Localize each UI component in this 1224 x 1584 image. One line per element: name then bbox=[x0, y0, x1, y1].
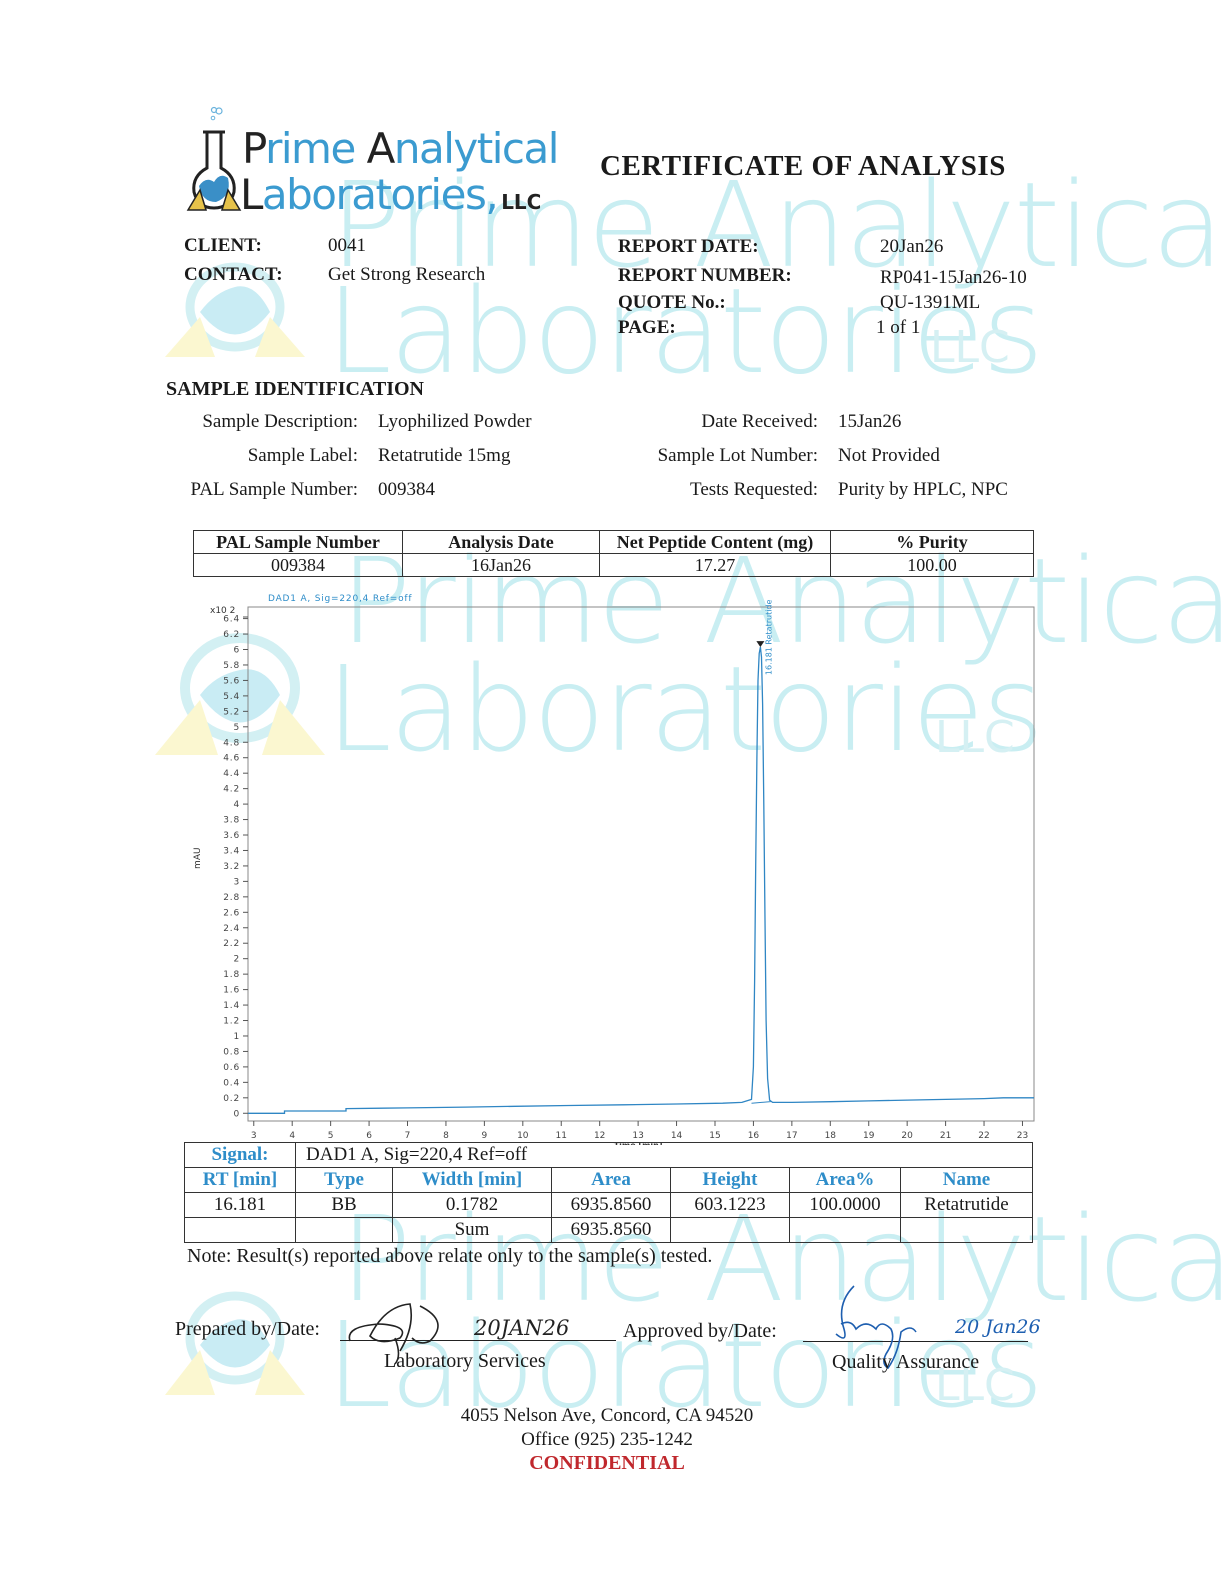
y-tick-label: 0 bbox=[233, 1109, 240, 1119]
phone: Office (925) 235-1242 bbox=[0, 1429, 1214, 1451]
area-percent-cell: 100.0000 bbox=[790, 1193, 901, 1218]
y-tick-label: 6 bbox=[233, 646, 240, 656]
column-header: Height bbox=[671, 1168, 790, 1193]
address: 4055 Nelson Ave, Concord, CA 94520 bbox=[0, 1405, 1214, 1427]
tests-requested-label: Tests Requested: bbox=[690, 479, 818, 501]
height-cell: 603.1223 bbox=[671, 1193, 790, 1218]
peak-marker-icon bbox=[756, 641, 764, 647]
column-header: % Purity bbox=[831, 531, 1034, 554]
y-tick-label: 4.6 bbox=[223, 754, 240, 764]
empty-cell bbox=[901, 1218, 1033, 1243]
column-header: Width [min] bbox=[393, 1168, 552, 1193]
logo-text: nalytical bbox=[394, 124, 558, 173]
logo-letter-a: A bbox=[367, 124, 394, 173]
name-cell: Retatrutide bbox=[901, 1193, 1033, 1218]
x-tick-label: 15 bbox=[709, 1131, 720, 1141]
y-tick-label: 1.6 bbox=[223, 986, 240, 996]
y-tick-label: 1.4 bbox=[223, 1001, 240, 1011]
y-tick-label: 5.8 bbox=[223, 661, 240, 671]
empty-cell bbox=[296, 1218, 393, 1243]
x-tick-label: 3 bbox=[251, 1131, 257, 1141]
watermark-llc: LLC bbox=[930, 322, 1010, 373]
y-tick-label: 3.6 bbox=[223, 831, 240, 841]
y-tick-label: 0.8 bbox=[223, 1047, 240, 1057]
date-received-label: Date Received: bbox=[701, 411, 818, 433]
signal-label: Signal: bbox=[185, 1143, 296, 1168]
client-label: CLIENT: bbox=[184, 235, 262, 257]
table-row: 16.181 BB 0.1782 6935.8560 603.1223 100.… bbox=[185, 1193, 1033, 1218]
x-tick-label: 22 bbox=[978, 1131, 989, 1141]
table-header-row: RT [min] Type Width [min] Area Height Ar… bbox=[185, 1168, 1033, 1193]
x-tick-label: 7 bbox=[405, 1131, 411, 1141]
sum-label: Sum bbox=[393, 1218, 552, 1243]
approved-date: 20 Jan26 bbox=[955, 1316, 1041, 1338]
chart-title: DAD1 A, Sig=220,4 Ref=off bbox=[268, 594, 412, 604]
signal-value: DAD1 A, Sig=220,4 Ref=off bbox=[296, 1143, 1033, 1168]
area-cell: 6935.8560 bbox=[552, 1193, 671, 1218]
rt-cell: 16.181 bbox=[185, 1193, 296, 1218]
y-tick-label: 4.8 bbox=[223, 738, 240, 748]
analysis-date-cell: 16Jan26 bbox=[403, 554, 600, 577]
y-tick-label: 1.2 bbox=[223, 1017, 240, 1027]
y-tick-label: 4 bbox=[233, 800, 240, 810]
y-tick-label: 5.2 bbox=[223, 707, 240, 717]
sum-value: 6935.8560 bbox=[552, 1218, 671, 1243]
empty-cell bbox=[185, 1218, 296, 1243]
y-tick-label: 4.4 bbox=[223, 769, 240, 779]
y-tick-label: 2.2 bbox=[223, 939, 240, 949]
peak-label: 16.181 Retatrutide bbox=[764, 599, 773, 675]
column-header: Type bbox=[296, 1168, 393, 1193]
flask-icon bbox=[186, 106, 242, 216]
page-value: 1 of 1 bbox=[876, 317, 920, 339]
width-cell: 0.1782 bbox=[393, 1193, 552, 1218]
prepared-date: 20JAN26 bbox=[474, 1316, 569, 1340]
y-tick-label: 2.4 bbox=[223, 924, 240, 934]
approved-role: Quality Assurance bbox=[832, 1351, 979, 1374]
date-received-value: 15Jan26 bbox=[838, 411, 901, 433]
sample-label-value: Retatrutide 15mg bbox=[378, 445, 510, 467]
y-tick-label: 0.6 bbox=[223, 1063, 240, 1073]
x-tick-label: 20 bbox=[901, 1131, 913, 1141]
column-header: PAL Sample Number bbox=[194, 531, 403, 554]
watermark-flask-icon bbox=[160, 1290, 310, 1400]
x-tick-label: 5 bbox=[328, 1131, 334, 1141]
logo-llc: LLC bbox=[501, 190, 541, 214]
x-tick-label: 9 bbox=[482, 1131, 488, 1141]
column-header: Net Peptide Content (mg) bbox=[600, 531, 831, 554]
empty-cell bbox=[671, 1218, 790, 1243]
y-tick-label: 3.2 bbox=[223, 862, 240, 872]
chromatogram-trace bbox=[248, 647, 1034, 1113]
x-tick-label: 18 bbox=[825, 1131, 837, 1141]
plot-frame bbox=[248, 607, 1034, 1121]
x-tick-label: 11 bbox=[556, 1131, 567, 1141]
tests-requested-value: Purity by HPLC, NPC bbox=[838, 479, 1008, 501]
column-header: RT [min] bbox=[185, 1168, 296, 1193]
section-heading: SAMPLE IDENTIFICATION bbox=[166, 378, 424, 401]
x-tick-label: 23 bbox=[1017, 1131, 1028, 1141]
y-tick-label: 2 bbox=[233, 955, 240, 965]
sample-label-label: Sample Label: bbox=[248, 445, 358, 467]
y-axis-label: mAU bbox=[193, 847, 203, 869]
logo-text: rime bbox=[265, 124, 367, 173]
x-tick-label: 17 bbox=[786, 1131, 797, 1141]
pal-sample-number-cell: 009384 bbox=[194, 554, 403, 577]
report-date-label: REPORT DATE: bbox=[618, 236, 759, 258]
y-tick-label: 2.8 bbox=[223, 893, 240, 903]
contact-label: CONTACT: bbox=[184, 264, 283, 286]
x-tick-label: 14 bbox=[671, 1131, 683, 1141]
net-peptide-content-cell: 17.27 bbox=[600, 554, 831, 577]
sample-description-label: Sample Description: bbox=[202, 411, 358, 433]
quote-value: QU-1391ML bbox=[880, 292, 980, 314]
x-tick-label: 8 bbox=[443, 1131, 449, 1141]
report-number-value: RP041-15Jan26-10 bbox=[880, 267, 1027, 289]
x-tick-label: 4 bbox=[289, 1131, 295, 1141]
results-summary-table: PAL Sample Number Analysis Date Net Pept… bbox=[193, 530, 1034, 577]
sample-description-value: Lyophilized Powder bbox=[378, 411, 532, 433]
hplc-chromatogram: DAD1 A, Sig=220,4 Ref=offx10 200.20.40.6… bbox=[180, 585, 1050, 1145]
y-tick-label: 3 bbox=[233, 877, 240, 887]
signal-row: Signal: DAD1 A, Sig=220,4 Ref=off bbox=[185, 1143, 1033, 1168]
document-title: CERTIFICATE OF ANALYSIS bbox=[600, 150, 1006, 183]
x-tick-label: 16 bbox=[748, 1131, 760, 1141]
y-tick-label: 0.2 bbox=[223, 1094, 240, 1104]
logo-letter-p: P bbox=[242, 124, 265, 173]
pal-sample-number-label: PAL Sample Number: bbox=[191, 479, 358, 501]
sample-lot-number-value: Not Provided bbox=[838, 445, 940, 467]
contact-value: Get Strong Research bbox=[328, 264, 485, 286]
empty-cell bbox=[790, 1218, 901, 1243]
y-tick-label: 2.6 bbox=[223, 908, 240, 918]
report-date-value: 20Jan26 bbox=[880, 236, 943, 258]
y-tick-label: 3.4 bbox=[223, 846, 240, 856]
client-value: 0041 bbox=[328, 235, 366, 257]
confidential-label: CONFIDENTIAL bbox=[0, 1452, 1214, 1475]
approved-by-label: Approved by/Date: bbox=[623, 1320, 777, 1343]
page-label: PAGE: bbox=[618, 317, 676, 339]
x-tick-label: 19 bbox=[863, 1131, 875, 1141]
table-row: 009384 16Jan26 17.27 100.00 bbox=[194, 554, 1034, 577]
quote-label: QUOTE No.: bbox=[618, 292, 726, 314]
column-header: Name bbox=[901, 1168, 1033, 1193]
y-tick-label: 5.6 bbox=[223, 676, 240, 686]
x-tick-label: 12 bbox=[594, 1131, 605, 1141]
y-tick-label: 1.8 bbox=[223, 970, 240, 980]
y-tick-label: 3.8 bbox=[223, 816, 240, 826]
x-tick-label: 10 bbox=[517, 1131, 529, 1141]
y-tick-label: 1 bbox=[233, 1032, 240, 1042]
logo-text: aboratories, bbox=[262, 170, 497, 219]
logo-letter-l: L bbox=[240, 170, 262, 219]
prepared-by-label: Prepared by/Date: bbox=[175, 1318, 320, 1341]
type-cell: BB bbox=[296, 1193, 393, 1218]
y-tick-label: 5 bbox=[233, 723, 240, 733]
y-tick-label: 4.2 bbox=[223, 785, 240, 795]
x-tick-label: 13 bbox=[632, 1131, 643, 1141]
results-note: Note: Result(s) reported above relate on… bbox=[187, 1245, 712, 1268]
pal-sample-number-value: 009384 bbox=[378, 479, 435, 501]
y-tick-label: 6.2 bbox=[223, 630, 240, 640]
report-number-label: REPORT NUMBER: bbox=[618, 265, 792, 287]
column-header: Area% bbox=[790, 1168, 901, 1193]
column-header: Analysis Date bbox=[403, 531, 600, 554]
purity-cell: 100.00 bbox=[831, 554, 1034, 577]
y-tick-label: 5.4 bbox=[223, 692, 240, 702]
prepared-role: Laboratory Services bbox=[384, 1350, 546, 1373]
y-tick-label: 0.4 bbox=[223, 1078, 240, 1088]
peak-table: Signal: DAD1 A, Sig=220,4 Ref=off RT [mi… bbox=[184, 1142, 1033, 1243]
sample-lot-number-label: Sample Lot Number: bbox=[658, 445, 818, 467]
x-tick-label: 21 bbox=[940, 1131, 951, 1141]
x-tick-label: 6 bbox=[366, 1131, 372, 1141]
table-header-row: PAL Sample Number Analysis Date Net Pept… bbox=[194, 531, 1034, 554]
column-header: Area bbox=[552, 1168, 671, 1193]
sum-row: Sum 6935.8560 bbox=[185, 1218, 1033, 1243]
y-tick-label: 6.4 bbox=[223, 615, 240, 625]
